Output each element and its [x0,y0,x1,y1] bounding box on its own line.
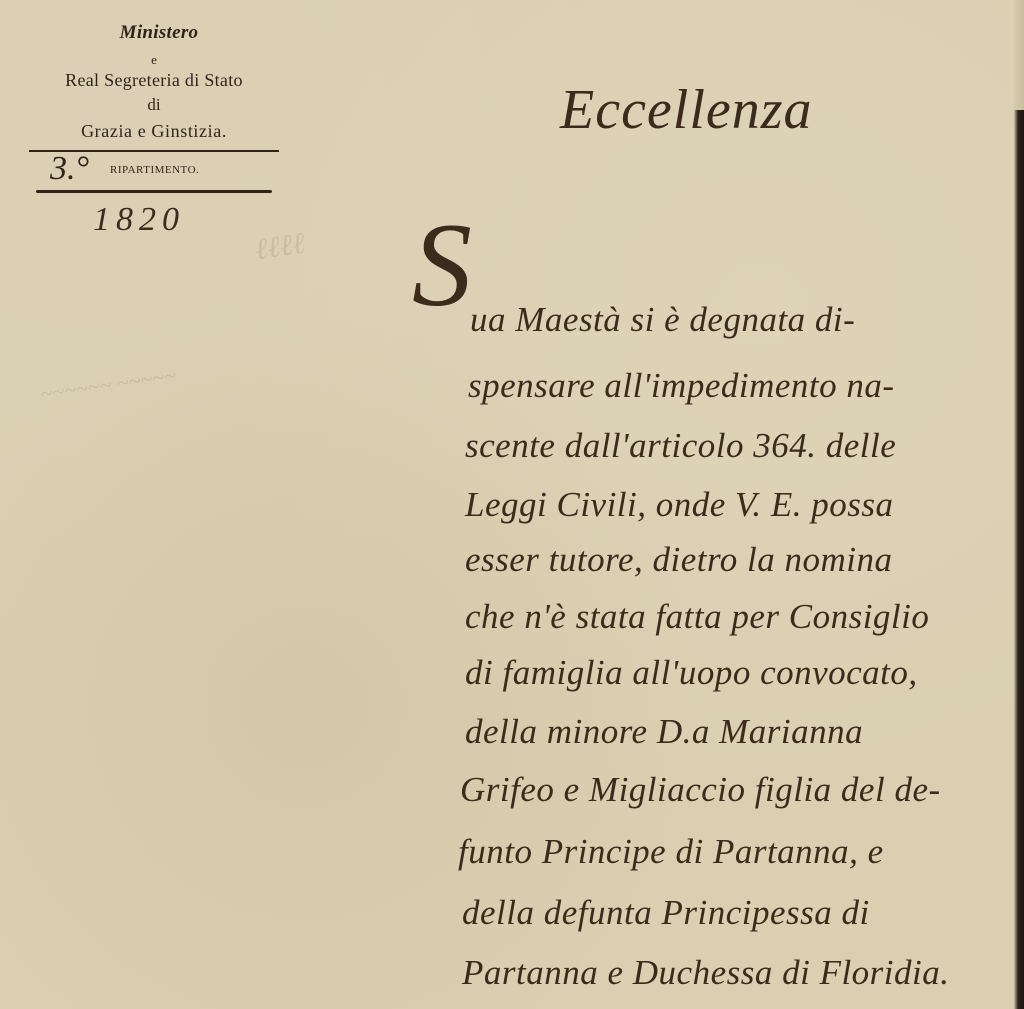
letter-line: della minore D.a Marianna [465,712,863,752]
letter-line: ua Maestà si è degnata di- [470,300,855,340]
letter-line: Leggi Civili, onde V. E. possa [465,485,894,525]
page-edge-shadow [1014,110,1024,1009]
letterhead-real-segreteria: Real Segreteria di Stato [14,70,294,91]
letterhead: Ministero e Real Segreteria di Stato di … [14,22,294,239]
letter-line: della defunta Principessa di [462,893,870,933]
letterhead-rule-bottom [36,190,272,193]
letterhead-year: 1820 [0,201,294,239]
salutation-text: Eccellenza [560,79,813,141]
letterhead-ministero: Ministero [24,22,294,44]
letter-line: funto Principe di Partanna, e [458,832,884,872]
letter-line: Partanna e Duchessa di Floridia. [462,953,950,993]
letter-line: scente dall'articolo 364. delle [465,426,896,466]
letterhead-di: di [14,95,294,115]
letterhead-conjunction: e [14,52,294,68]
letter-dropcap: S [412,196,472,334]
letter-line: che n'è stata fatta per Consiglio [465,597,929,637]
letterhead-grazia-giustizia: Grazia e Ginstizia. [14,121,294,142]
letterhead-department: 3.° RIPARTIMENTO. [14,156,294,186]
letter-line: di famiglia all'uopo convocato, [465,653,918,693]
department-label: RIPARTIMENTO. [110,164,199,176]
department-number: 3.° [50,150,89,188]
letter-line: spensare all'impedimento na- [468,366,895,406]
letter-line: esser tutore, dietro la nomina [465,540,893,580]
letter-salutation: Eccellenza [560,78,813,142]
letter-line: Grifeo e Migliaccio figlia del de- [460,770,941,810]
page-edge-top [1014,0,1024,110]
